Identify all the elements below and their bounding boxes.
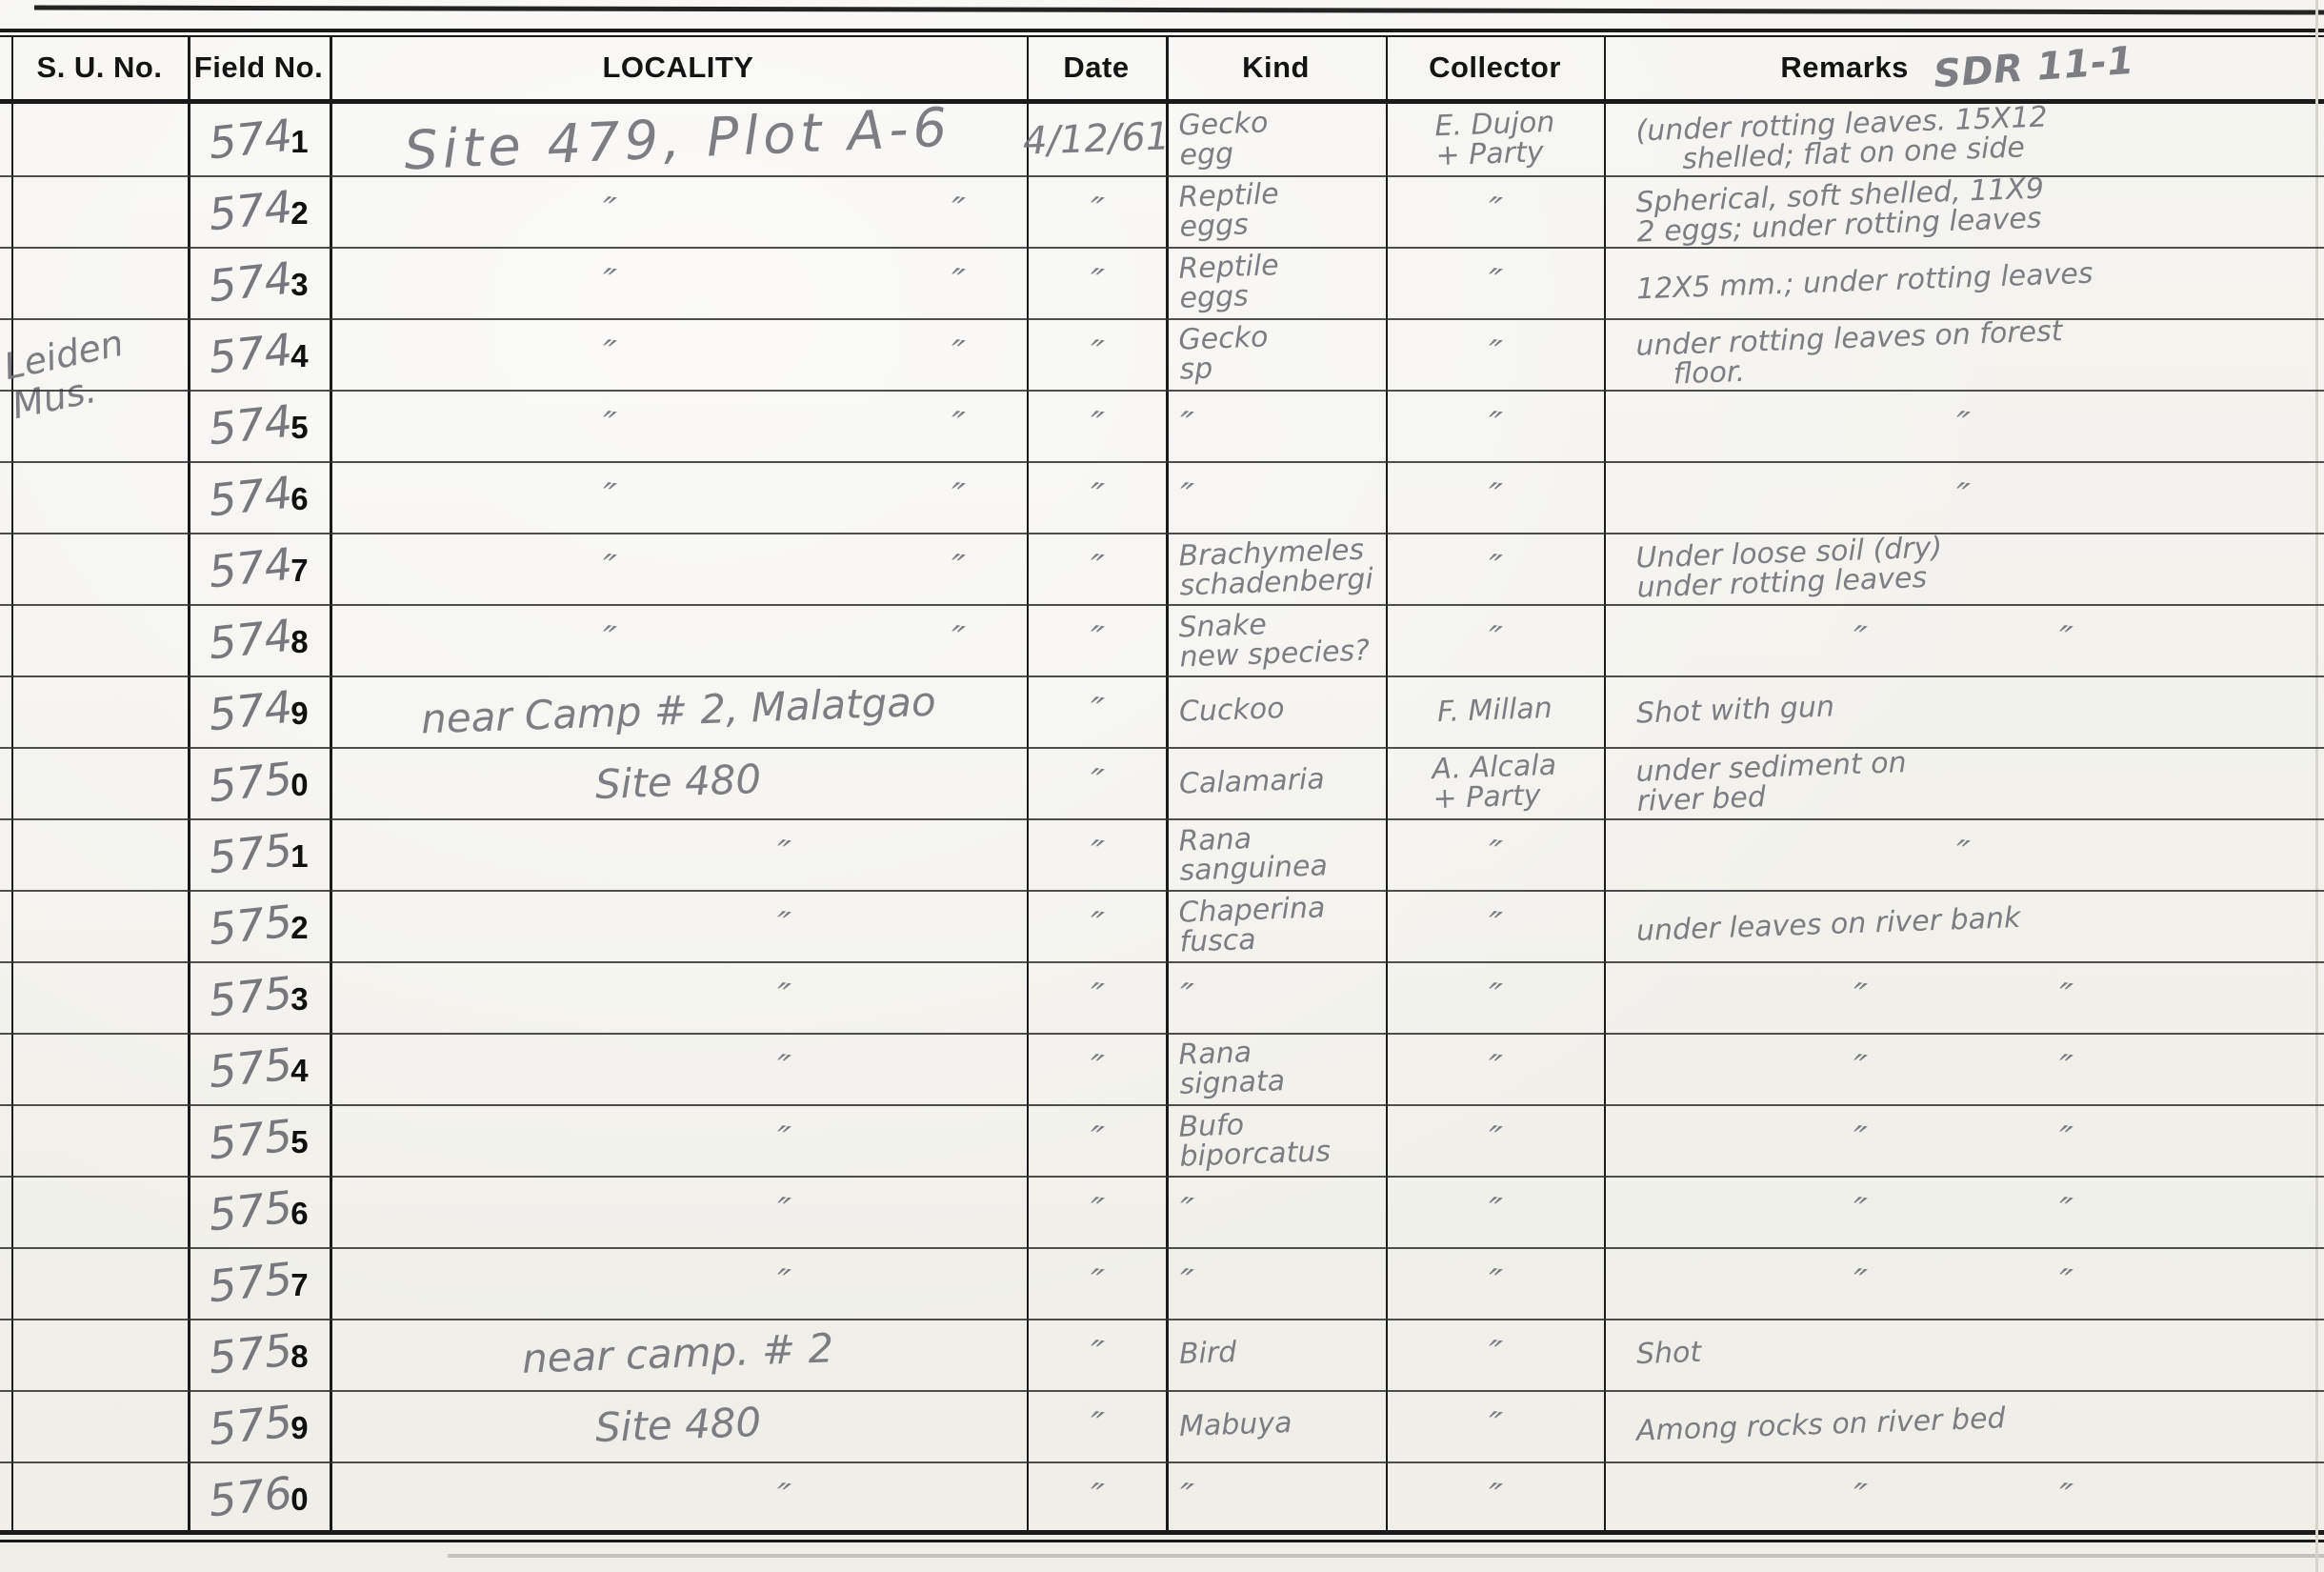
field-no-cell: 5755	[188, 1104, 330, 1176]
collector-cell: ″	[1386, 461, 1604, 533]
kind-cell: Calamaria	[1166, 747, 1386, 818]
su-no-cell	[11, 1319, 188, 1390]
remarks-handwritten: Spherical, soft shelled, 11X9 2 eggs; un…	[1635, 174, 2045, 247]
table-row: 5754″″Rana signata″″″	[0, 1033, 2324, 1104]
kind-cell: ″	[1166, 390, 1386, 461]
kind-cell: Gecko egg	[1166, 104, 1386, 175]
field-no-handwritten: 575	[207, 756, 294, 810]
ditto-mark: ″	[948, 477, 966, 515]
remarks-handwritten: Under loose soil (dry) under rotting lea…	[1635, 534, 1944, 602]
ditto-mark: ″	[1087, 406, 1105, 444]
ditto-mark: ″	[1850, 1049, 1868, 1087]
ditto-mark: ″	[1486, 1478, 1504, 1516]
ditto-mark: ″	[599, 549, 617, 587]
collector-handwritten: F. Millan	[1437, 695, 1553, 728]
ditto-mark: ″	[1486, 406, 1504, 444]
kind-cell: ″	[1166, 961, 1386, 1033]
ditto-mark: ″	[599, 191, 617, 230]
locality-handwritten: Site 480	[594, 1402, 762, 1449]
remarks-header-handwritten-note: SDR 11-1	[1933, 41, 2135, 93]
collector-cell: ″	[1386, 961, 1604, 1033]
remarks-cell: ″″	[1604, 1104, 2311, 1176]
ditto-mark: ″	[599, 406, 617, 444]
table-row: 5752″″Chaperina fusca″under leaves on ri…	[0, 890, 2324, 961]
ditto-mark: ″	[1850, 1478, 1868, 1516]
table-row: 5760″″″″″″	[0, 1461, 2324, 1533]
kind-handwritten: Rana sanguinea	[1178, 822, 1328, 886]
remarks-handwritten: 12X5 mm.; under rotting leaves	[1636, 260, 2094, 305]
field-no-cell: 5756	[188, 1176, 330, 1247]
kind-handwritten: Snake new species?	[1178, 607, 1371, 672]
kind-handwritten: Reptile eggs	[1178, 252, 1280, 313]
date-cell: ″	[1027, 747, 1166, 818]
remarks-cell: Shot with gun	[1604, 675, 2311, 747]
table-row: 5759Site 480″Mabuya″Among rocks on river…	[0, 1390, 2324, 1461]
kind-handwritten: Bird	[1178, 1339, 1236, 1370]
collector-cell: ″	[1386, 175, 1604, 247]
ditto-mark: ″	[2055, 1263, 2074, 1301]
ditto-mark: ″	[1486, 549, 1504, 587]
su-no-cell	[11, 104, 188, 175]
collector-handwritten: A. Alcala + Party	[1432, 752, 1558, 815]
locality-handwritten: near Camp # 2, Malatgao	[420, 682, 936, 741]
table-row: 5741Site 479, Plot A-64/12/61Gecko eggE.…	[0, 104, 2324, 175]
kind-handwritten: Brachymeles schadenbergi	[1178, 535, 1373, 600]
ditto-mark: ″	[1087, 1120, 1105, 1159]
su-no-cell	[11, 318, 188, 390]
remarks-cell: under sediment on river bed	[1604, 747, 2311, 818]
ditto-mark: ″	[1176, 1478, 1194, 1516]
collector-cell: ″	[1386, 818, 1604, 890]
kind-handwritten: Bufo biporcatus	[1178, 1108, 1331, 1172]
kind-cell: Mabuya	[1166, 1390, 1386, 1461]
column-header-field-no: Field No.	[188, 36, 330, 99]
ditto-mark: ″	[1486, 191, 1504, 230]
su-no-cell	[11, 247, 188, 318]
kind-cell: Snake new species?	[1166, 604, 1386, 675]
kind-cell: Rana signata	[1166, 1033, 1386, 1104]
remarks-cell: ″	[1604, 390, 2311, 461]
remarks-handwritten: (under rotting leaves. 15X12 shelled; fl…	[1635, 103, 2049, 175]
kind-cell: Bufo biporcatus	[1166, 1104, 1386, 1176]
table-row: 5757″″″″″″	[0, 1247, 2324, 1319]
su-no-cell	[11, 604, 188, 675]
ditto-mark: ″	[1176, 1263, 1194, 1301]
ditto-mark: ″	[1486, 263, 1504, 301]
table-row: 5751″″Rana sanguinea″″	[0, 818, 2324, 890]
field-no-cell: 5743	[188, 247, 330, 318]
bottom-smudge	[448, 1554, 2324, 1558]
ditto-mark: ″	[1087, 477, 1105, 515]
remarks-cell: Among rocks on river bed	[1604, 1390, 2311, 1461]
ditto-mark: ″	[1176, 477, 1194, 515]
ditto-mark: ″	[2055, 620, 2074, 658]
ditto-mark: ″	[1087, 191, 1105, 230]
bottom-rule-outer	[0, 1540, 2324, 1542]
remarks-handwritten: Shot with gun	[1636, 694, 1835, 730]
collector-cell: E. Dujon + Party	[1386, 104, 1604, 175]
date-cell: ″	[1027, 247, 1166, 318]
su-no-cell	[11, 175, 188, 247]
ditto-mark: ″	[1087, 549, 1105, 587]
remarks-handwritten: Among rocks on river bed	[1636, 1404, 2006, 1446]
ditto-mark: ″	[1486, 1192, 1504, 1230]
ditto-mark: ″	[1850, 620, 1868, 658]
kind-cell: Rana sanguinea	[1166, 818, 1386, 890]
collector-cell: ″	[1386, 318, 1604, 390]
table-row: 5742″″″Reptile eggs″Spherical, soft shel…	[0, 175, 2324, 247]
ditto-mark: ″	[1486, 620, 1504, 658]
ditto-mark: ″	[1176, 406, 1194, 444]
remarks-handwritten: under rotting leaves on forest floor.	[1635, 317, 2064, 391]
ditto-mark: ″	[1486, 977, 1504, 1016]
kind-cell: Reptile eggs	[1166, 175, 1386, 247]
date-cell: ″	[1027, 175, 1166, 247]
su-no-cell	[11, 818, 188, 890]
collector-cell: ″	[1386, 1461, 1604, 1533]
field-no-handwritten: 575	[207, 1042, 294, 1096]
su-no-cell	[11, 1247, 188, 1319]
date-cell: ″	[1027, 1176, 1166, 1247]
ditto-mark: ″	[2055, 1120, 2074, 1159]
ditto-mark: ″	[2055, 1049, 2074, 1087]
kind-handwritten: Calamaria	[1179, 766, 1326, 800]
kind-cell: Reptile eggs	[1166, 247, 1386, 318]
ditto-mark: ″	[2055, 1478, 2074, 1516]
field-no-handwritten: 574	[207, 614, 294, 667]
kind-handwritten: Cuckoo	[1178, 695, 1285, 727]
kind-cell: Gecko sp	[1166, 318, 1386, 390]
su-no-cell	[11, 1104, 188, 1176]
field-no-cell: 5757	[188, 1247, 330, 1319]
date-cell: ″	[1027, 961, 1166, 1033]
collector-cell: A. Alcala + Party	[1386, 747, 1604, 818]
su-no-cell	[11, 461, 188, 533]
su-no-cell	[11, 1390, 188, 1461]
column-header-remarks: Remarks SDR 11-1	[1604, 36, 2311, 99]
field-no-handwritten: 574	[207, 113, 294, 167]
field-no-handwritten: 575	[207, 1328, 294, 1381]
kind-cell: ″	[1166, 1247, 1386, 1319]
ditto-mark: ″	[773, 906, 791, 944]
remarks-cell: Spherical, soft shelled, 11X9 2 eggs; un…	[1604, 175, 2311, 247]
ditto-mark: ″	[1850, 977, 1868, 1016]
kind-handwritten: Chaperina fusca	[1178, 894, 1327, 957]
ditto-mark: ″	[1850, 1120, 1868, 1159]
ditto-mark: ″	[773, 1192, 791, 1230]
table-row: 5747″″″Brachymeles schadenbergi″Under lo…	[0, 533, 2324, 604]
field-no-cell: 5754	[188, 1033, 330, 1104]
collector-cell: ″	[1386, 390, 1604, 461]
ditto-mark: ″	[773, 977, 791, 1016]
ditto-mark: ″	[2055, 1192, 2074, 1230]
ditto-mark: ″	[1486, 835, 1504, 873]
table-row: 5745″″″″″″	[0, 390, 2324, 461]
ditto-mark: ″	[773, 1120, 791, 1159]
remarks-cell: ″	[1604, 818, 2311, 890]
kind-handwritten: Gecko egg	[1178, 109, 1270, 170]
collector-cell: ″	[1386, 1247, 1604, 1319]
ditto-mark: ″	[948, 620, 966, 658]
su-no-cell	[11, 890, 188, 961]
column-header-remarks-label: Remarks	[1780, 50, 1908, 85]
ditto-mark: ″	[1087, 1192, 1105, 1230]
field-no-handwritten: 575	[207, 1257, 294, 1310]
locality-cell: near camp. # 2	[330, 1319, 1027, 1390]
date-cell: ″	[1027, 890, 1166, 961]
collector-cell: ″	[1386, 533, 1604, 604]
ditto-mark: ″	[599, 263, 617, 301]
remarks-cell: ″″	[1604, 1033, 2311, 1104]
date-cell: ″	[1027, 1033, 1166, 1104]
ditto-mark: ″	[1953, 477, 1971, 515]
collector-cell: ″	[1386, 247, 1604, 318]
remarks-cell: ″″	[1604, 1247, 2311, 1319]
kind-cell: ″	[1166, 1461, 1386, 1533]
column-header-date-label: Date	[1063, 50, 1129, 85]
table-row: 5750Site 480″CalamariaA. Alcala + Partyu…	[0, 747, 2324, 818]
collector-cell: F. Millan	[1386, 675, 1604, 747]
column-header-su-no-label: S. U. No.	[37, 50, 163, 85]
remarks-cell: ″″	[1604, 1461, 2311, 1533]
ditto-mark: ″	[1486, 906, 1504, 944]
su-no-cell	[11, 1461, 188, 1533]
kind-cell: Chaperina fusca	[1166, 890, 1386, 961]
kind-cell: Cuckoo	[1166, 675, 1386, 747]
field-no-cell: 5741	[188, 104, 330, 175]
ditto-mark: ″	[948, 334, 966, 373]
table-row: 5748″″″Snake new species?″″″	[0, 604, 2324, 675]
date-cell: ″	[1027, 604, 1166, 675]
su-no-cell	[11, 533, 188, 604]
field-no-cell: 5753	[188, 961, 330, 1033]
date-cell: ″	[1027, 390, 1166, 461]
remarks-handwritten: Shot	[1635, 1339, 1701, 1370]
field-no-cell: 5750	[188, 747, 330, 818]
table-row: 5755″″Bufo biporcatus″″″	[0, 1104, 2324, 1176]
remarks-cell: ″″	[1604, 1176, 2311, 1247]
column-header-kind: Kind	[1166, 36, 1386, 99]
ditto-mark: ″	[1176, 977, 1194, 1016]
field-no-handwritten: 574	[207, 328, 294, 381]
column-header-collector: Collector	[1386, 36, 1604, 99]
field-no-handwritten: 575	[207, 899, 294, 953]
ditto-mark: ″	[1087, 692, 1105, 730]
remarks-cell: 12X5 mm.; under rotting leaves	[1604, 247, 2311, 318]
field-no-handwritten: 575	[207, 1114, 294, 1167]
column-header-field-no-label: Field No.	[194, 50, 323, 85]
date-cell: ″	[1027, 1247, 1166, 1319]
date-cell: ″	[1027, 1461, 1166, 1533]
field-no-handwritten: 574	[207, 685, 294, 738]
table-row: 5749near Camp # 2, Malatgao″CuckooF. Mil…	[0, 675, 2324, 747]
locality-cell: Site 480	[330, 747, 1027, 818]
date-cell: 4/12/61	[1027, 104, 1166, 175]
ditto-mark: ″	[1087, 1478, 1105, 1516]
ditto-mark: ″	[599, 620, 617, 658]
ditto-mark: ″	[599, 477, 617, 515]
remarks-cell: Shot	[1604, 1319, 2311, 1390]
collector-cell: ″	[1386, 1390, 1604, 1461]
field-no-handwritten: 574	[207, 542, 294, 595]
locality-handwritten: Site 480	[594, 759, 762, 806]
ditto-mark: ″	[948, 406, 966, 444]
date-cell: ″	[1027, 461, 1166, 533]
ditto-mark: ″	[1087, 835, 1105, 873]
ditto-mark: ″	[1087, 1049, 1105, 1087]
field-no-cell: 5745	[188, 390, 330, 461]
field-no-cell: 5752	[188, 890, 330, 961]
ditto-mark: ″	[1850, 1263, 1868, 1301]
collector-cell: ″	[1386, 604, 1604, 675]
remarks-cell: under rotting leaves on forest floor.	[1604, 318, 2311, 390]
column-header-collector-label: Collector	[1429, 50, 1561, 85]
ditto-mark: ″	[1486, 1406, 1504, 1444]
su-no-cell	[11, 1176, 188, 1247]
page-edge-artifact	[34, 5, 2324, 14]
field-no-cell: 5759	[188, 1390, 330, 1461]
remarks-handwritten: under sediment on river bed	[1635, 749, 1908, 816]
locality-cell: Site 479, Plot A-6	[330, 104, 1027, 175]
locality-handwritten: near camp. # 2	[522, 1328, 834, 1380]
field-no-handwritten: 575	[207, 1400, 294, 1453]
ditto-mark: ″	[2055, 977, 2074, 1016]
field-no-handwritten: 574	[207, 256, 294, 310]
kind-handwritten: Mabuya	[1179, 1409, 1292, 1442]
ditto-mark: ″	[773, 1049, 791, 1087]
top-rule-outer	[0, 29, 2324, 32]
field-no-handwritten: 576	[207, 1471, 294, 1524]
locality-cell: Site 480	[330, 1390, 1027, 1461]
ditto-mark: ″	[1087, 906, 1105, 944]
kind-handwritten: Rana signata	[1178, 1038, 1286, 1099]
kind-handwritten: Gecko sp	[1178, 323, 1270, 384]
table-row: 5756″″″″″″	[0, 1176, 2324, 1247]
table-row: 5753″″″″″″	[0, 961, 2324, 1033]
kind-cell: Bird	[1166, 1319, 1386, 1390]
date-cell: ″	[1027, 818, 1166, 890]
ditto-mark: ″	[1087, 334, 1105, 373]
ditto-mark: ″	[1486, 1049, 1504, 1087]
date-cell: ″	[1027, 318, 1166, 390]
collector-cell: ″	[1386, 1104, 1604, 1176]
collector-cell: ″	[1386, 1319, 1604, 1390]
date-cell: ″	[1027, 675, 1166, 747]
ditto-mark: ″	[1486, 334, 1504, 373]
field-no-handwritten: 575	[207, 1185, 294, 1239]
ditto-mark: ″	[1486, 1335, 1504, 1373]
remarks-cell: (under rotting leaves. 15X12 shelled; fl…	[1604, 104, 2311, 175]
field-no-handwritten: 574	[207, 185, 294, 238]
ditto-mark: ″	[1953, 406, 1971, 444]
su-no-cell	[11, 675, 188, 747]
ditto-mark: ″	[1486, 477, 1504, 515]
remarks-cell: under leaves on river bank	[1604, 890, 2311, 961]
field-no-cell: 5760	[188, 1461, 330, 1533]
remarks-cell: ″″	[1604, 604, 2311, 675]
ditto-mark: ″	[948, 263, 966, 301]
field-no-handwritten: 575	[207, 971, 294, 1024]
ditto-mark: ″	[1176, 1192, 1194, 1230]
date-cell: ″	[1027, 533, 1166, 604]
locality-cell: near Camp # 2, Malatgao	[330, 675, 1027, 747]
field-no-cell: 5758	[188, 1319, 330, 1390]
ditto-mark: ″	[773, 835, 791, 873]
field-no-handwritten: 575	[207, 828, 294, 881]
column-header-locality-label: LOCALITY	[603, 50, 754, 85]
ledger-page: S. U. No. Field No. LOCALITY Date Kind C…	[0, 0, 2324, 1572]
collector-cell: ″	[1386, 1176, 1604, 1247]
ditto-mark: ″	[948, 549, 966, 587]
ditto-mark: ″	[1850, 1192, 1868, 1230]
table-row: 5744″″″Gecko sp″under rotting leaves on …	[0, 318, 2324, 390]
field-no-cell: 5742	[188, 175, 330, 247]
kind-cell: ″	[1166, 1176, 1386, 1247]
su-no-cell	[11, 390, 188, 461]
su-no-cell	[11, 961, 188, 1033]
column-header-date: Date	[1027, 36, 1166, 99]
field-no-cell: 5746	[188, 461, 330, 533]
date-cell: ″	[1027, 1390, 1166, 1461]
field-no-cell: 5744	[188, 318, 330, 390]
su-no-cell	[11, 1033, 188, 1104]
field-no-cell: 5749	[188, 675, 330, 747]
field-no-cell: 5751	[188, 818, 330, 890]
field-no-cell: 5748	[188, 604, 330, 675]
ditto-mark: ″	[1087, 1406, 1105, 1444]
ditto-mark: ″	[1087, 977, 1105, 1016]
kind-cell: Brachymeles schadenbergi	[1166, 533, 1386, 604]
ditto-mark: ″	[1087, 620, 1105, 658]
remarks-cell: ″	[1604, 461, 2311, 533]
ditto-mark: ″	[1087, 1335, 1105, 1373]
date-handwritten: 4/12/61	[1022, 117, 1171, 161]
collector-cell: ″	[1386, 1033, 1604, 1104]
ditto-mark: ″	[948, 191, 966, 230]
ditto-mark: ″	[1087, 763, 1105, 801]
remarks-cell: ″″	[1604, 961, 2311, 1033]
ditto-mark: ″	[1486, 1263, 1504, 1301]
ditto-mark: ″	[773, 1478, 791, 1516]
remarks-handwritten: under leaves on river bank	[1636, 904, 2021, 947]
table-row: 5758near camp. # 2″Bird″Shot	[0, 1319, 2324, 1390]
kind-cell: ″	[1166, 461, 1386, 533]
kind-handwritten: Reptile eggs	[1178, 180, 1280, 242]
remarks-cell: Under loose soil (dry) under rotting lea…	[1604, 533, 2311, 604]
field-no-handwritten: 574	[207, 471, 294, 524]
field-no-cell: 5747	[188, 533, 330, 604]
field-no-handwritten: 574	[207, 399, 294, 453]
collector-handwritten: E. Dujon + Party	[1434, 109, 1556, 171]
ditto-mark: ″	[773, 1263, 791, 1301]
ditto-mark: ″	[1087, 1263, 1105, 1301]
table-row: 5743″″″Reptile eggs″12X5 mm.; under rott…	[0, 247, 2324, 318]
table-row: 5746″″″″″″	[0, 461, 2324, 533]
date-cell: ″	[1027, 1319, 1166, 1390]
column-header-su-no: S. U. No.	[11, 36, 188, 99]
ditto-mark: ″	[599, 334, 617, 373]
ditto-mark: ″	[1953, 835, 1971, 873]
ditto-mark: ″	[1486, 1120, 1504, 1159]
column-header-kind-label: Kind	[1242, 50, 1310, 85]
column-header-locality: LOCALITY	[330, 36, 1027, 99]
locality-handwritten: Site 479, Plot A-6	[403, 100, 952, 178]
ditto-mark: ″	[1087, 263, 1105, 301]
collector-cell: ″	[1386, 890, 1604, 961]
date-cell: ″	[1027, 1104, 1166, 1176]
su-no-cell	[11, 747, 188, 818]
